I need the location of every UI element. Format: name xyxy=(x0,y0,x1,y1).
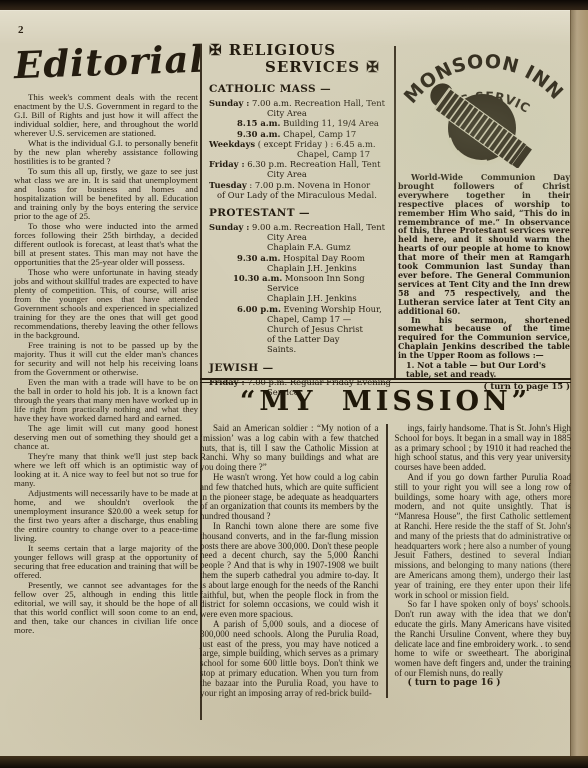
schedule-line-detail: Hospital Day Room xyxy=(280,253,364,263)
schedule-line: 9.30 a.m. Hospital Day Room xyxy=(209,253,391,263)
mission-paragraph: And if you go down farther Purulia Road … xyxy=(395,473,572,600)
schedule-line-detail: Building 11, 19/4 Area xyxy=(280,118,378,128)
services-title-line1: ✠ RELIGIOUS xyxy=(209,42,391,59)
mission-paragraph: In Ranchi town alone there are some five… xyxy=(200,522,379,620)
editorial-paragraph: What is the individual G.I. to personall… xyxy=(14,139,198,166)
mission-left-paragraphs: Said an American soldier : “My notion of… xyxy=(200,424,379,698)
turn-to-page-16: ( turn to page 16 ) xyxy=(395,679,572,689)
schedule-line: Chapel, Camp 17 xyxy=(209,149,391,159)
communion-story: World-Wide Communion Day brought followe… xyxy=(398,173,570,379)
editorial-paragraph: Those who were unfortunate in having ste… xyxy=(14,268,198,340)
mission-right-paragraphs: ings, fairly handsome. That is St. John'… xyxy=(395,424,572,679)
schedule-line-label: Sunday : xyxy=(209,98,249,108)
page-top-edge xyxy=(0,0,588,10)
editorial-column: Editorial This week's comment deals with… xyxy=(14,38,198,636)
schedule-line: Saints. xyxy=(209,344,391,354)
mission-paragraph: So far I have spoken only of boys' schoo… xyxy=(395,600,572,678)
schedule-line: Chaplain J.H. Jenkins xyxy=(209,293,391,303)
page-number: 2 xyxy=(18,24,24,36)
schedule-line-detail: Saints. xyxy=(267,344,296,354)
protestant-schedule: Sunday : 9.00 a.m. Recreation Hall, Tent… xyxy=(209,222,391,355)
schedule-line: Friday : 6.30 p.m. Recreation Hall, Tent xyxy=(209,159,391,169)
schedule-line-detail: 7.00 a.m. Recreation Hall, Tent xyxy=(249,98,385,108)
schedule-line: of Our Lady of the Miraculous Medal. xyxy=(209,190,391,200)
editorial-paragraph: To those who were inducted into the arme… xyxy=(14,222,198,267)
schedule-line-label: 8.15 a.m. xyxy=(237,118,280,128)
mission-paragraph: ings, fairly handsome. That is St. John'… xyxy=(395,424,572,473)
section-divider-rule xyxy=(200,378,571,383)
my-mission-columns: Said an American soldier : “My notion of… xyxy=(200,424,571,698)
schedule-line-detail: Chapel, Camp 17 xyxy=(280,129,356,139)
newspaper-page: 2 Editorial This week's comment deals wi… xyxy=(0,0,588,768)
editorial-paragraph: Presently, we cannot see advantages for … xyxy=(14,581,198,635)
schedule-line: 9.30 a.m. Chapel, Camp 17 xyxy=(209,129,391,139)
editorial-paragraph: Even the man with a trade will have to b… xyxy=(14,378,198,423)
schedule-line: City Area xyxy=(209,232,391,242)
column-divider-right xyxy=(394,46,396,378)
catholic-mass-section: CATHOLIC MASS — Sunday : 7.00 a.m. Recre… xyxy=(209,83,391,200)
schedule-line-detail: 6.30 p.m. Recreation Hall, Tent xyxy=(245,159,381,169)
monsoon-inn-logo-graphic: MONSOON INN SONG SERVICE xyxy=(400,28,568,168)
schedule-line: Service xyxy=(209,283,391,293)
schedule-line: Chapel, Camp 17 — xyxy=(209,314,391,324)
schedule-line-detail: Church of Jesus Christ xyxy=(267,324,363,334)
schedule-line-detail: Service xyxy=(267,283,299,293)
schedule-line-label: Weekdays xyxy=(209,139,255,149)
protestant-header: PROTESTANT — xyxy=(209,207,391,219)
services-title-line2: SERVICES ✠ xyxy=(209,59,391,76)
mission-paragraph: Said an American soldier : “My notion of… xyxy=(200,424,379,473)
schedule-line-detail: City Area xyxy=(267,232,307,242)
schedule-line: City Area xyxy=(209,108,391,118)
schedule-line-detail: Chaplain F.A. Gumz xyxy=(267,242,351,252)
my-mission-left-column: Said an American soldier : “My notion of… xyxy=(200,424,386,698)
schedule-line-detail: Chapel, Camp 17 — xyxy=(267,314,351,324)
editorial-paragraph: Adjustments will necessarily have to be … xyxy=(14,489,198,543)
schedule-line: City Area xyxy=(209,169,391,179)
editorial-paragraph: It seems certain that a large majority o… xyxy=(14,544,198,580)
editorial-paragraph: They're many that think we'll just step … xyxy=(14,452,198,488)
page-bottom-edge xyxy=(0,756,588,768)
communion-paragraphs: World-Wide Communion Day brought followe… xyxy=(398,173,570,360)
my-mission-right-column: ings, fairly handsome. That is St. John'… xyxy=(386,424,572,698)
religious-services-title: ✠ RELIGIOUS SERVICES ✠ xyxy=(209,42,391,76)
schedule-line: Church of Jesus Christ xyxy=(209,324,391,334)
schedule-line: Weekdays ( except Friday ) : 6.45 a.m. xyxy=(209,139,391,149)
schedule-line-detail: Chaplain J.H. Jenkins xyxy=(267,263,357,273)
schedule-line-label: 9.30 a.m. xyxy=(237,129,280,139)
schedule-line: 10.30 a.m. Monsoon Inn Song xyxy=(209,273,391,283)
schedule-line-detail: City Area xyxy=(267,169,307,179)
schedule-line-label: 6.00 p.m. xyxy=(237,304,281,314)
schedule-line-detail: : 7.00 p.m. Novena in Honor xyxy=(247,180,370,190)
schedule-line-detail: City Area xyxy=(267,108,307,118)
my-mission-title: “MY MISSION” xyxy=(200,386,571,417)
schedule-line: Chaplain J.H. Jenkins xyxy=(209,263,391,273)
schedule-line-label: 9.30 a.m. xyxy=(237,253,280,263)
mission-paragraph: He wasn't wrong. Yet how could a log cab… xyxy=(200,473,379,522)
mission-paragraph: A parish of 5,000 souls, and a diocese o… xyxy=(200,620,379,698)
schedule-line-label: Sunday : xyxy=(209,222,249,232)
editorial-body: This week's comment deals with the recen… xyxy=(14,93,198,635)
schedule-line: Chaplain F.A. Gumz xyxy=(209,242,391,252)
editorial-paragraph: This week's comment deals with the recen… xyxy=(14,93,198,138)
communion-list-item: 1. Not a table — but Our Lord's table, s… xyxy=(398,361,570,379)
schedule-line-detail: of the Latter Day xyxy=(267,334,340,344)
editorial-title: Editorial xyxy=(13,37,198,87)
schedule-line: Sunday : 9.00 a.m. Recreation Hall, Tent xyxy=(209,222,391,232)
schedule-line-detail: of Our Lady of the Miraculous Medal. xyxy=(217,190,377,200)
schedule-line: Sunday : 7.00 a.m. Recreation Hall, Tent xyxy=(209,98,391,108)
communion-paragraph: World-Wide Communion Day brought followe… xyxy=(398,173,570,316)
schedule-line-detail: Monsoon Inn Song xyxy=(282,273,364,283)
schedule-line: of the Latter Day xyxy=(209,334,391,344)
catholic-mass-header: CATHOLIC MASS — xyxy=(209,83,391,95)
page-right-edge xyxy=(570,10,588,756)
my-mission-article: “MY MISSION” Said an American soldier : … xyxy=(200,386,571,698)
schedule-line: 6.00 p.m. Evening Worship Hour, xyxy=(209,304,391,314)
schedule-line-detail: Evening Worship Hour, xyxy=(281,304,382,314)
schedule-line-detail: 9.00 a.m. Recreation Hall, Tent xyxy=(249,222,385,232)
monsoon-inn-column: MONSOON INN SONG SERVICE xyxy=(398,28,570,391)
communion-paragraph: In his sermon, shortened somewhat becaus… xyxy=(398,316,570,361)
editorial-paragraph: To sum this all up, firstly, we gaze to … xyxy=(14,167,198,221)
jewish-header: JEWISH — xyxy=(209,362,391,374)
monsoon-inn-logo: MONSOON INN SONG SERVICE xyxy=(400,28,568,173)
schedule-line-label: 10.30 a.m. xyxy=(233,273,282,283)
schedule-line-detail: ( except Friday ) : 6.45 a.m. xyxy=(255,139,376,149)
editorial-paragraph: Free training is not to be passed up by … xyxy=(14,341,198,377)
editorial-paragraph: The age limit will cut many good honest … xyxy=(14,424,198,451)
schedule-line-label: Friday : xyxy=(209,159,245,169)
schedule-line-detail: Chapel, Camp 17 xyxy=(297,149,370,159)
protestant-section: PROTESTANT — Sunday : 9.00 a.m. Recreati… xyxy=(209,207,391,355)
religious-services-column: ✠ RELIGIOUS SERVICES ✠ CATHOLIC MASS — S… xyxy=(209,42,391,397)
schedule-line-detail: Chaplain J.H. Jenkins xyxy=(267,293,357,303)
schedule-line: 8.15 a.m. Building 11, 19/4 Area xyxy=(209,118,391,128)
catholic-mass-schedule: Sunday : 7.00 a.m. Recreation Hall, Tent… xyxy=(209,98,391,200)
schedule-line: Tuesday : 7.00 p.m. Novena in Honor xyxy=(209,180,391,190)
schedule-line-label: Tuesday xyxy=(209,180,247,190)
